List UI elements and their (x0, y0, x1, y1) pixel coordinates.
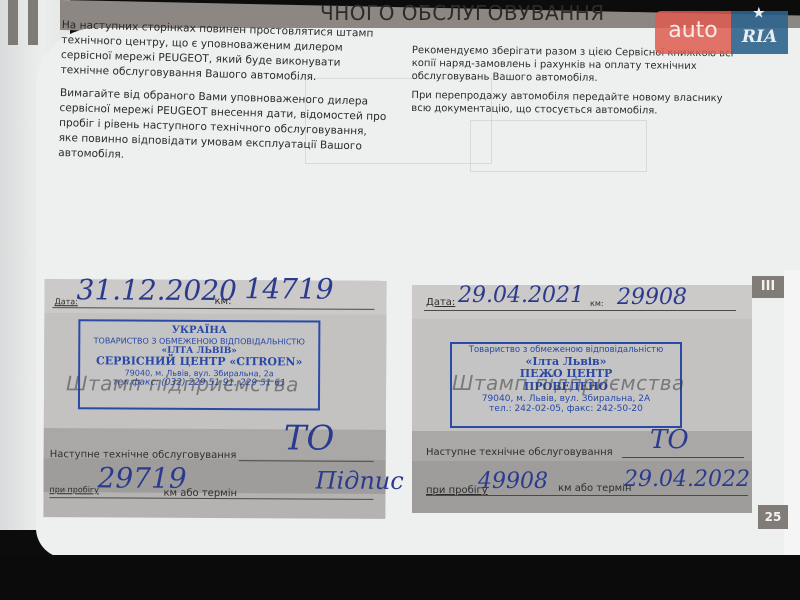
at-mileage-label: при пробігу (49, 485, 98, 494)
handwritten-next-term: 29.04.2022 (624, 467, 750, 492)
date-underline (424, 310, 736, 311)
autoria-watermark-logo: auto ★ RIA (655, 11, 788, 54)
next-service-label: Наступне технічне обслуговування (426, 447, 613, 458)
handwritten-signature: Підпис (316, 467, 404, 495)
next-service-label: Наступне технічне обслуговування (50, 449, 237, 461)
ghost-stamp-through-page (470, 120, 647, 172)
km-label: км: (590, 299, 604, 308)
stamp-placeholder-label: Штамп підприємства (452, 371, 685, 395)
mileage-underline (426, 495, 748, 496)
stamp-line: СЕРВІСНИЙ ЦЕНТР «CITROEN» (80, 355, 318, 369)
logo-ria-text: ★ RIA (731, 11, 788, 54)
stamp-line: 79040, м. Львів, вул. Збиральна, 2А (452, 394, 680, 404)
page-header-title: ЧНОГО ОБСЛУГОВУВАННЯ (320, 0, 605, 26)
decorative-stripe (28, 0, 38, 45)
intro-text-right: Рекомендуємо зберігати разом з цією Серв… (411, 44, 742, 124)
mileage-underline (49, 497, 373, 500)
dealer-stamp-citroen: УКРАЇНА ТОВАРИСТВО З ОБМЕЖЕНОЮ ВІДПОВІДА… (78, 319, 320, 410)
service-record-card-2: Дата: км: 29.04.2021 29908 Товариство з … (412, 285, 752, 513)
intro-text-left: На наступних сторінках повинен простовля… (58, 18, 392, 178)
intro-right-paragraph-2: При перепродажу автомобіля передайте нов… (411, 89, 741, 118)
handwritten-next-service: ТО (650, 425, 689, 455)
stamp-line: ТОВАРИСТВО З ОБМЕЖЕНОЮ ВІДПОВІДАЛЬНІСТЮ (80, 336, 318, 346)
stamp-line: тел.: 242-02-05, факс: 242-50-20 (452, 404, 680, 414)
next-service-underline (622, 457, 744, 458)
km-or-term-label: км або термін (558, 483, 632, 494)
handwritten-date: 29.04.2021 (458, 283, 584, 308)
intro-left-paragraph-1: На наступних сторінках повинен простовля… (60, 18, 392, 87)
stamp-placeholder-label: Штамп підприємства (66, 371, 299, 396)
logo-auto-text: auto (655, 11, 731, 54)
section-tab: III (752, 276, 784, 298)
handwritten-next-mileage: 49908 (478, 469, 548, 494)
logo-ria-label: RIA (742, 27, 777, 47)
date-label: Дата: (54, 297, 77, 306)
handwritten-next-service: ТО (284, 418, 335, 458)
handwritten-km: 14719 (244, 272, 333, 305)
intro-left-paragraph-2: Вимагайте від обраного Вами уповноважено… (58, 86, 390, 170)
handwritten-km: 29908 (617, 285, 687, 310)
handwritten-next-mileage: 29719 (97, 461, 186, 494)
date-label: Дата: (426, 297, 455, 308)
service-record-card-1: Дата: км: 31.12.2020 14719 УКРАЇНА ТОВАР… (43, 279, 386, 519)
dark-background (0, 555, 800, 600)
decorative-stripe (8, 0, 18, 45)
handwritten-date: 31.12.2020 (76, 273, 236, 307)
page-number: 25 (758, 505, 788, 529)
star-icon: ★ (753, 0, 765, 29)
